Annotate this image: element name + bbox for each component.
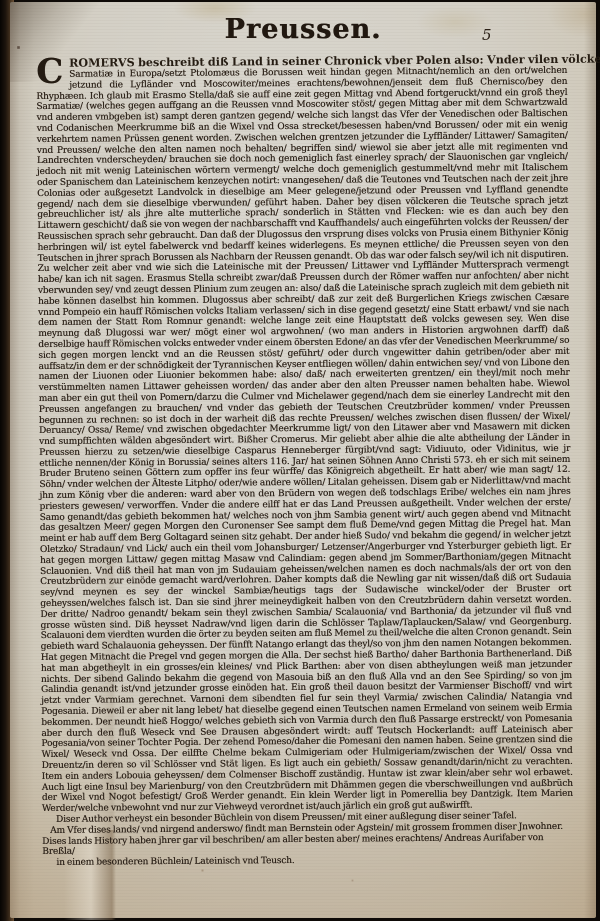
book-scan-photo: Preussen. 5 C ROMERVS beschreibt diß Lan…	[0, 0, 600, 921]
book-page: Preussen. 5 C ROMERVS beschreibt diß Lan…	[10, 2, 596, 918]
body-text-block: C ROMERVS beschreibt diß Land in seiner …	[36, 53, 573, 869]
page-number: 5	[482, 26, 492, 44]
paper-speckles	[10, 2, 11, 3]
closing-lines: Diser Author verheyst ein besonder Büchl…	[42, 811, 573, 869]
drop-cap-initial: C	[36, 58, 66, 87]
main-paragraph: Sarmatiæ in Europa/setzt Ptolomæus die B…	[36, 66, 573, 814]
page-title: Preussen.	[10, 14, 596, 45]
